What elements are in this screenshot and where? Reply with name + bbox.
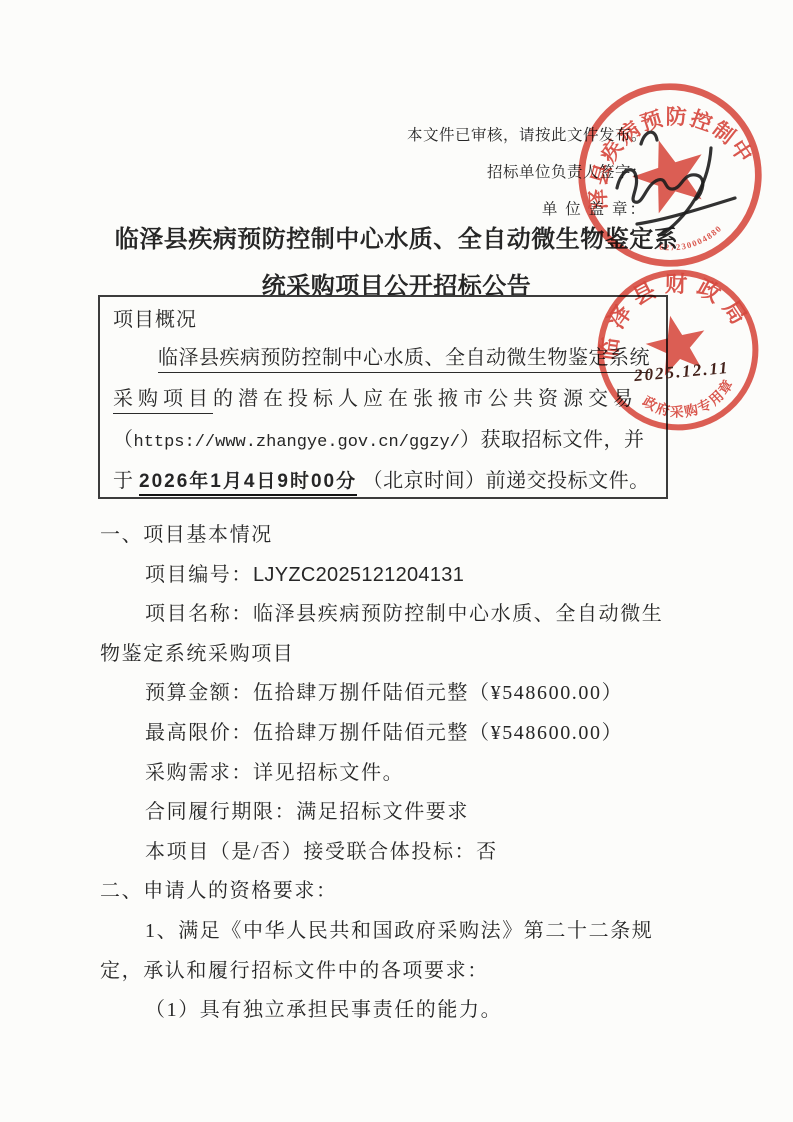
text-run: 本项目（是/否）接受联合体投标：否 [145,841,498,863]
text-run: https://www.zhangye.gov.cn/ggzy/ [134,433,460,452]
text-run: LJYZC2025121204131 [253,564,464,586]
text-run: 物鉴定系统采购项目 [100,643,294,665]
text-run: 一、项目基本情况 [100,524,273,546]
body-line: 一、项目基本情况 [100,516,720,556]
text-run: 项目名称：临泽县疾病预防控制中心水质、全自动微生 [145,603,663,625]
text-run: （ [113,429,134,451]
project-overview-box: 项目概况 临泽县疾病预防控制中心水质、全自动微生物鉴定系统采购项目的潜在投标人应… [98,295,668,499]
text-run: 采购需求：详见招标文件。 [145,762,404,784]
text-run: （1）具有独立承担民事责任的能力。 [145,999,502,1021]
body-line: 预算金额：伍拾肆万捌仟陆佰元整（¥548600.00） [100,674,720,714]
body-line: （1）具有独立承担民事责任的能力。 [100,991,720,1031]
text-run: 二、申请人的资格要求： [100,880,338,902]
text-run: 临泽县疾病预防控制中心水质、全自动微生物鉴定系统 [158,347,650,373]
scanned-tender-document: 本文件已审核，请按此文件发布。 招标单位负责人签字： 单 位 盖 章： 临泽县疾… [0,0,793,1122]
body-line: 二、申请人的资格要求： [100,872,720,912]
overview-line: 临泽县疾病预防控制中心水质、全自动微生物鉴定系统 [113,338,653,379]
text-run: 于 [113,470,139,492]
body-line: 项目编号：LJYZC2025121204131 [100,556,720,596]
body-line: 1、满足《中华人民共和国政府采购法》第二十二条规 [100,912,720,952]
text-run: 的潜在投标人应在张掖市公共资源交易 [213,388,638,410]
handwritten-signature [603,126,753,248]
announcement-body: 一、项目基本情况项目编号：LJYZC2025121204131项目名称：临泽县疾… [100,516,720,1031]
overview-line: （https://www.zhangye.gov.cn/ggzy/）获取招标文件… [113,420,653,461]
body-line: 采购需求：详见招标文件。 [100,754,720,794]
body-line: 项目名称：临泽县疾病预防控制中心水质、全自动微生 [100,595,720,635]
body-line: 物鉴定系统采购项目 [100,635,720,675]
body-line: 合同履行期限：满足招标文件要求 [100,793,720,833]
body-line: 本项目（是/否）接受联合体投标：否 [100,833,720,873]
overview-paragraph: 临泽县疾病预防控制中心水质、全自动微生物鉴定系统采购项目的潜在投标人应在张掖市公… [113,338,653,502]
text-run: 定，承认和履行招标文件中的各项要求： [100,960,489,982]
text-run: 1、满足《中华人民共和国政府采购法》第二十二条规 [145,920,653,942]
text-run: 2026年1月4日9时00分 [139,471,357,496]
text-run: （北京时间）前递交投标文件。 [357,470,650,492]
text-run: 采购项目 [113,388,213,414]
body-line: 最高限价：伍拾肆万捌仟陆佰元整（¥548600.00） [100,714,720,754]
body-line: 定，承认和履行招标文件中的各项要求： [100,952,720,992]
overview-line: 于 2026年1月4日9时00分 （北京时间）前递交投标文件。 [113,461,653,502]
text-run: 预算金额：伍拾肆万捌仟陆佰元整（¥548600.00） [145,682,623,704]
text-run: 最高限价：伍拾肆万捌仟陆佰元整（¥548600.00） [145,722,623,744]
text-run: 项目编号： [145,564,253,586]
overview-heading: 项目概况 [113,302,653,338]
overview-line: 采购项目的潜在投标人应在张掖市公共资源交易 [113,379,653,420]
text-run: 合同履行期限：满足招标文件要求 [145,801,469,823]
